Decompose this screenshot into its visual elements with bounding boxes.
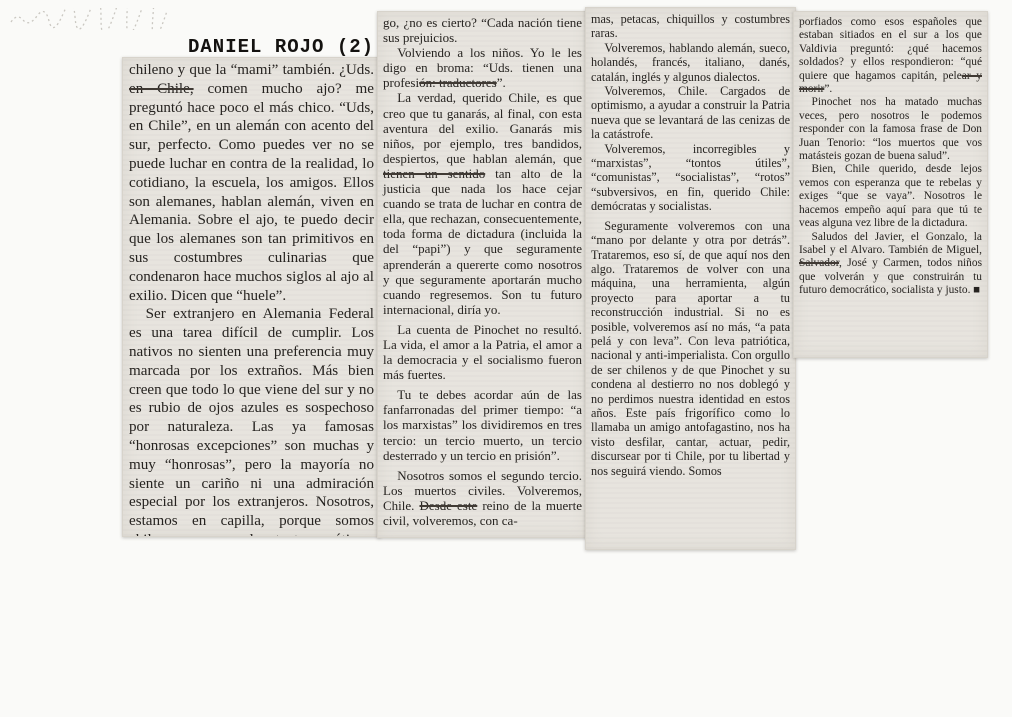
paragraph: chileno y que la “mami” también. ¿Uds. e… bbox=[129, 61, 374, 305]
news-column-2: go, ¿no es cierto? “Cada nación tiene su… bbox=[377, 11, 588, 538]
paragraph: Pinochet nos ha matado muchas veces, per… bbox=[799, 96, 982, 163]
strikethrough-mark: Salvador bbox=[799, 257, 839, 269]
paragraph: Volveremos, hablando alemán, sueco, hola… bbox=[591, 41, 790, 84]
paragraph: Nosotros somos el segundo tercio. Los mu… bbox=[383, 468, 582, 528]
news-column-4: porfiados como esos españoles que estaba… bbox=[793, 11, 988, 358]
scanned-clipping-page: DANIEL ROJO (2) chileno y que la “mami” … bbox=[0, 0, 1012, 717]
pencil-scribble bbox=[8, 8, 183, 30]
title-part-post: OJO (2) bbox=[287, 36, 374, 58]
strikethrough-mark: Desde este bbox=[419, 498, 477, 513]
strikethrough-mark: ar y morir bbox=[799, 70, 982, 95]
paragraph: Tu te debes acordar aún de las fanfarron… bbox=[383, 387, 582, 462]
paragraph: Ser extranjero en Alemania Federal es un… bbox=[129, 305, 374, 537]
strikethrough-mark: tienen un sentido bbox=[383, 166, 485, 181]
paragraph: mas, petacas, chiquillos y costumbres ra… bbox=[591, 12, 790, 41]
paragraph: Volveremos, incorregibles y “marxistas”,… bbox=[591, 142, 790, 214]
article-title: DANIEL ROJO (2) bbox=[188, 36, 374, 58]
paragraph: La verdad, querido Chile, es que creo qu… bbox=[383, 90, 582, 316]
news-column-3: mas, petacas, chiquillos y costumbres ra… bbox=[585, 7, 796, 550]
paragraph: porfiados como esos españoles que estaba… bbox=[799, 16, 982, 96]
news-column-1: chileno y que la “mami” también. ¿Uds. e… bbox=[122, 57, 381, 537]
paragraph: Saludos del Javier, el Gonzalo, la Isabe… bbox=[799, 231, 982, 298]
paragraph: Volveremos, Chile. Cargados de optimismo… bbox=[591, 84, 790, 142]
paragraph: go, ¿no es cierto? “Cada nación tiene su… bbox=[383, 15, 582, 45]
paragraph: Volviendo a los niños. Yo le les digo en… bbox=[383, 45, 582, 90]
paragraph: La cuenta de Pinochet no resultó. La vid… bbox=[383, 322, 582, 382]
paragraph: Bien, Chile querido, desde lejos vemos c… bbox=[799, 163, 982, 230]
paragraph: Seguramente volveremos con una “mano por… bbox=[591, 219, 790, 478]
strikethrough-mark: ón: traductores bbox=[419, 75, 497, 90]
title-part-pre: DANIEL bbox=[188, 36, 275, 58]
strikethrough-mark: en Chile, bbox=[129, 81, 194, 97]
